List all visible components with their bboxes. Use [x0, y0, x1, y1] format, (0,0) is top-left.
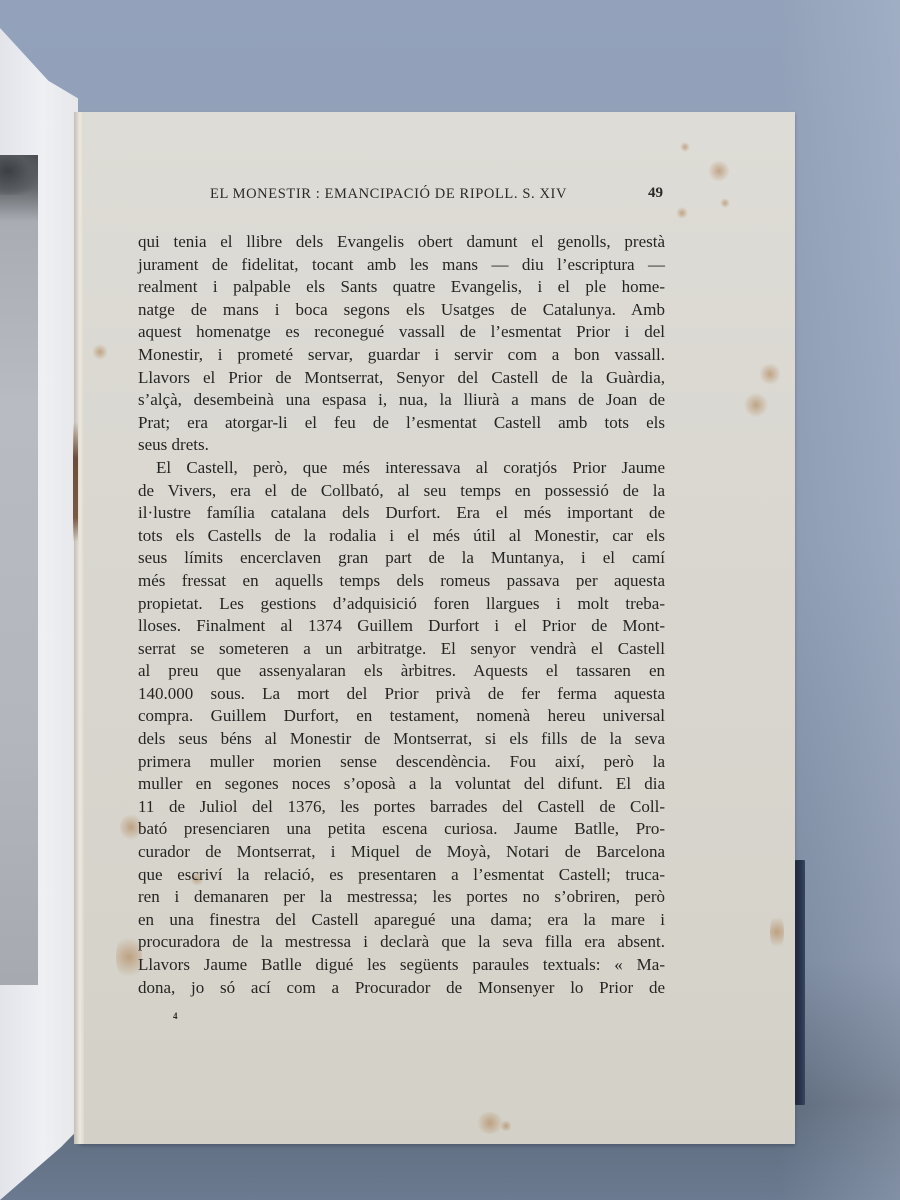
text-line: jurament de fidelitat, tocant amb les ma…: [138, 254, 665, 277]
text-line: al preu que assenyalaran els àrbitres. A…: [138, 660, 665, 683]
body-text: qui tenia el llibre dels Evangelis obert…: [138, 231, 665, 999]
text-line: tots els Castells de la rodalia i el més…: [138, 525, 665, 548]
text-line: primera muller morien sense descendència…: [138, 751, 665, 774]
text-line: Llavors Jaume Batlle digué les següents …: [138, 954, 665, 977]
text-line: Prat; era atorgar-li el feu de l’esmenta…: [138, 412, 665, 435]
running-head: EL MONESTIR : EMANCIPACIÓ DE RIPOLL. S. …: [210, 186, 670, 203]
page-number: 49: [648, 185, 663, 202]
text-line: s’alçà, desembeinà una espasa i, nua, la…: [138, 389, 665, 412]
text-line: seus drets.: [138, 434, 665, 457]
foxing-spot: [708, 160, 730, 182]
text-line: bató presenciaren una petita escena curi…: [138, 818, 665, 841]
text-line: procuradora de la mestressa i declarà qu…: [138, 931, 665, 954]
text-line: seus límits encerclaven gran part de la …: [138, 547, 665, 570]
text-line: curador de Montserrat, i Miquel de Moyà,…: [138, 841, 665, 864]
text-line: compra. Guillem Durfort, en testament, n…: [138, 705, 665, 728]
text-line: il·lustre família catalana dels Durfort.…: [138, 502, 665, 525]
foxing-spot: [760, 362, 780, 386]
foxing-spot: [92, 344, 108, 360]
text-line: dels seus béns al Monestir de Montserrat…: [138, 728, 665, 751]
foxing-spot: [770, 912, 784, 952]
text-line: realment i palpable els Sants quatre Eva…: [138, 276, 665, 299]
foxing-spot: [680, 142, 690, 152]
text-line: més fressat en aquells temps dels romeus…: [138, 570, 665, 593]
text-line: lloses. Finalment al 1374 Guillem Durfor…: [138, 615, 665, 638]
signature-mark: 4: [173, 1011, 178, 1021]
facing-page-illustration: [0, 155, 38, 985]
gutter-tear: [73, 422, 78, 542]
book-cover-edge: [795, 860, 805, 1105]
text-line: que escriví la relació, es presentaren a…: [138, 864, 665, 887]
foxing-spot: [676, 207, 688, 219]
text-line: Llavors el Prior de Montserrat, Senyor d…: [138, 367, 665, 390]
text-line: de Vivers, era el de Collbató, al seu te…: [138, 480, 665, 503]
text-line: dona, jo só ací com a Procurador de Mons…: [138, 977, 665, 1000]
text-line: en una finestra del Castell aparegué una…: [138, 909, 665, 932]
text-line: natge de mans i boca segons els Usatges …: [138, 299, 665, 322]
foxing-spot: [720, 198, 730, 208]
foxing-spot: [500, 1120, 512, 1132]
text-line: aquest homenatge es reconegué vassall de…: [138, 321, 665, 344]
text-line: propietat. Les gestions d’adquisició for…: [138, 593, 665, 616]
book-page: EL MONESTIR : EMANCIPACIÓ DE RIPOLL. S. …: [80, 112, 795, 1144]
foxing-spot: [744, 392, 768, 418]
text-line: ren i demanaren per la mestressa; les po…: [138, 886, 665, 909]
text-line: muller en segones noces s’oposà a la vol…: [138, 773, 665, 796]
text-line: qui tenia el llibre dels Evangelis obert…: [138, 231, 665, 254]
foxing-spot: [475, 1112, 505, 1134]
illustration-mountain-peak: [0, 155, 38, 195]
book-gutter: [74, 112, 84, 1144]
text-line: El Castell, però, que més interessava al…: [138, 457, 665, 480]
text-line: 11 de Juliol del 1376, les portes barrad…: [138, 796, 665, 819]
text-line: serrat se someteren a un arbitratge. El …: [138, 638, 665, 661]
text-line: Monestir, i prometé servar, guardar i se…: [138, 344, 665, 367]
text-line: 140.000 sous. La mort del Prior privà de…: [138, 683, 665, 706]
